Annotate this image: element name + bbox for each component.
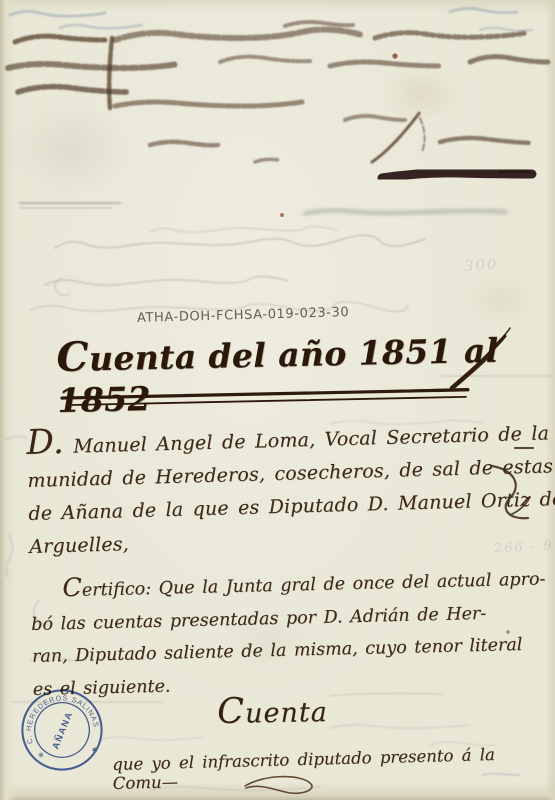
- archive-reference-code: ATHA-DOH-FCHSA-019-023-30: [137, 305, 350, 326]
- stamp-center-text: AÑANA: [50, 710, 74, 751]
- ghost-numeral: 300: [463, 255, 499, 275]
- document-title: Cuenta del año 1851 al 1852: [56, 324, 528, 420]
- stamp-star-icon: ✱: [91, 745, 98, 755]
- heavy-ink-smear: [382, 171, 532, 178]
- ghost-numeral: 266 - 9: [494, 538, 554, 556]
- top-ink-smudges: [8, 22, 548, 162]
- closing-line: que yo el infrascrito diputado presento …: [112, 744, 543, 793]
- archive-stamp: C. HEREDEROS SALINAS AÑANA ✱ ✱: [18, 684, 106, 776]
- certification-paragraph: Certifico: Que la Junta gral de once del…: [30, 559, 548, 706]
- opening-paragraph: D. Manuel Angel de Loma, Vocal Secretari…: [26, 412, 550, 563]
- manuscript-page: ATHA-DOH-FCHSA-019-023-30 Cuenta del año…: [0, 0, 555, 800]
